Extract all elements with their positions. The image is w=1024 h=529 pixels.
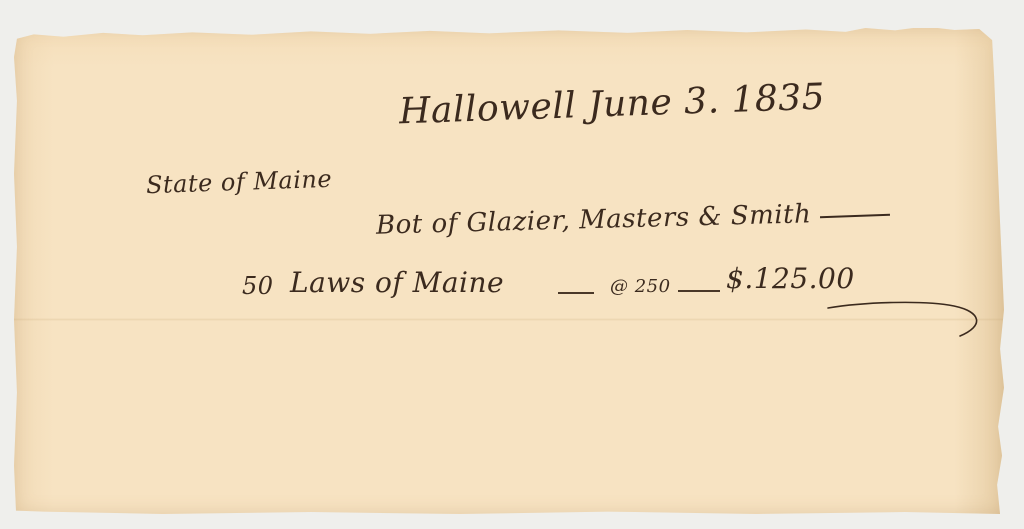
place-and-date: Hallowell June 3. 1835 [398, 77, 825, 133]
separator-dash [558, 292, 594, 294]
item-total: $.125.00 [726, 262, 855, 295]
item-unit-price: @ 250 [610, 276, 671, 297]
vendor-flourish-dash [820, 214, 890, 218]
item-description: Laws of Maine [290, 266, 504, 299]
total-underline-flourish [824, 296, 984, 344]
separator-dash [678, 290, 720, 292]
receipt-paper: Hallowell June 3. 1835 State of Maine Bo… [14, 28, 1004, 514]
vendor-line: Bot of Glazier, Masters & Smith [376, 199, 812, 240]
recipient: State of Maine [146, 165, 333, 199]
item-quantity: 50 [242, 272, 274, 300]
